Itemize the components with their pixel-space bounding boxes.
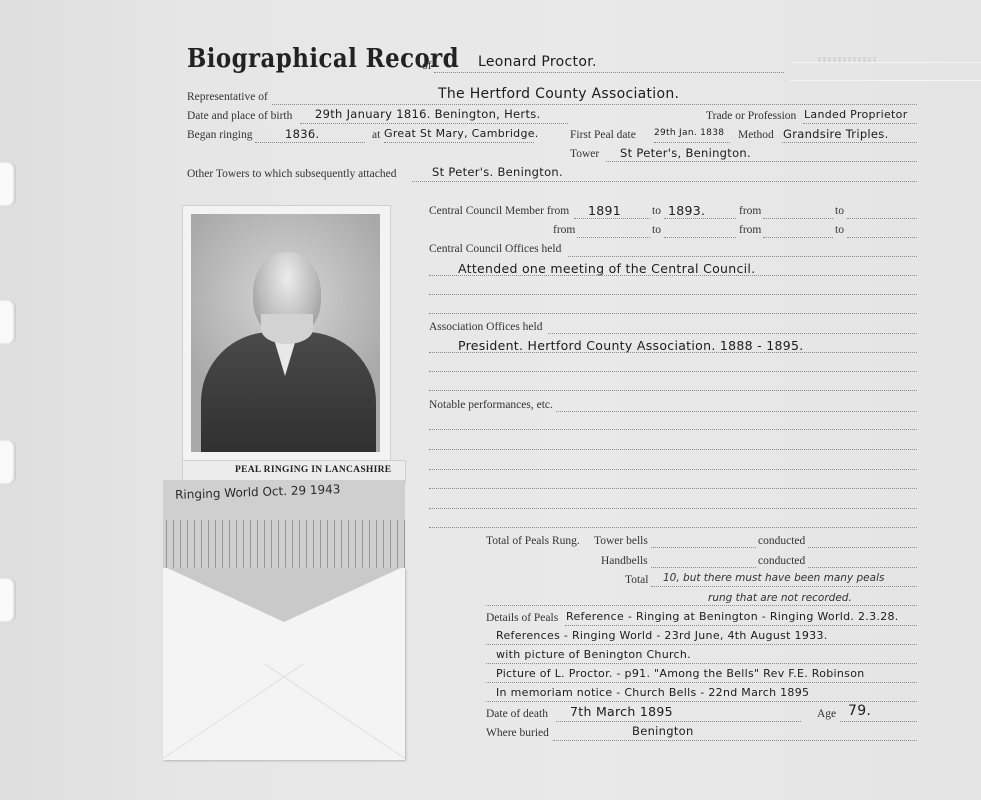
details-line: Reference - Ringing at Benington - Ringi… (566, 610, 899, 623)
cc-from-label: from (739, 205, 761, 217)
birth-value: 29th January 1816. Benington, Herts. (315, 107, 541, 121)
dotted-line (565, 625, 917, 626)
began-ringing-year: 1836. (285, 127, 319, 141)
envelope (163, 568, 405, 760)
dotted-line (486, 663, 917, 664)
dotted-line (429, 429, 917, 430)
tower-label: Tower (570, 148, 599, 160)
portrait-beard (261, 314, 313, 344)
cc-from-label: from (739, 224, 761, 236)
dotted-line (429, 313, 917, 314)
handbells-conducted-label: conducted (758, 555, 805, 567)
cc-offices-value: Attended one meeting of the Central Coun… (458, 261, 755, 276)
other-towers-label: Other Towers to which subsequently attac… (187, 168, 396, 180)
method-label: Method (738, 129, 774, 141)
dotted-line (300, 123, 568, 124)
dotted-line (429, 390, 917, 391)
subject-name: Leonard Proctor. (478, 54, 597, 70)
dotted-line (429, 275, 917, 276)
details-line: with picture of Benington Church. (496, 648, 691, 661)
clipping-headline: PEAL RINGING IN LANCASHIRE (235, 465, 391, 475)
tower-value: St Peter's, Benington. (620, 146, 751, 160)
birth-label: Date and place of birth (187, 110, 292, 122)
dotted-line (840, 721, 917, 722)
dotted-line (429, 527, 917, 528)
dotted-line (429, 449, 917, 450)
dotted-line (486, 682, 917, 683)
details-line: In memoriam notice - Church Bells - 22nd… (496, 686, 809, 699)
dotted-line (255, 142, 365, 143)
details-line: Picture of L. Proctor. - p91. "Among the… (496, 667, 865, 680)
dotted-line (574, 218, 650, 219)
dotted-line (577, 237, 650, 238)
cc-to-label: to (835, 205, 844, 217)
dotted-line (556, 721, 801, 722)
dotted-line (664, 237, 736, 238)
method-value: Grandsire Triples. (783, 127, 889, 141)
dotted-line (429, 294, 917, 295)
date-of-death-value: 7th March 1895 (570, 704, 673, 719)
paper-edge-line (790, 62, 981, 63)
envelope-fold (264, 663, 405, 759)
dotted-line (556, 411, 917, 412)
dotted-line (486, 644, 917, 645)
tower-bells-label: Tower bells (594, 535, 648, 547)
dotted-line (763, 237, 833, 238)
portrait-image (191, 214, 380, 452)
dotted-line (847, 237, 917, 238)
binder-hole (0, 162, 16, 206)
other-towers-value: St Peter's. Benington. (432, 165, 563, 179)
cc-member-from: 1891 (588, 203, 621, 218)
portrait-photo (182, 205, 391, 462)
total-value-line1: 10, but there must have been many peals (663, 572, 884, 584)
began-ringing-label: Began ringing (187, 129, 252, 141)
first-peal-label: First Peal date (570, 129, 636, 141)
dotted-line (651, 547, 756, 548)
dotted-line (553, 740, 917, 741)
date-of-death-label: Date of death (486, 708, 548, 720)
association-offices-value: President. Hertford County Association. … (458, 338, 804, 353)
dotted-line (651, 586, 917, 587)
cc-member-label: Central Council Member from (429, 205, 569, 217)
details-line: References - Ringing World - 23rd June, … (496, 629, 828, 642)
total-label: Total (625, 574, 648, 586)
envelope-flap (163, 568, 405, 622)
binder-hole (0, 300, 16, 344)
dotted-line (486, 605, 917, 606)
dotted-line (568, 256, 917, 257)
binder-hole (0, 578, 16, 622)
dotted-line (808, 567, 917, 568)
dotted-line (434, 72, 784, 73)
where-buried-label: Where buried (486, 727, 549, 739)
representative-label: Representative of (187, 91, 268, 103)
representative-value: The Hertford County Association. (438, 86, 679, 102)
age-value: 79. (848, 703, 871, 719)
where-buried-value: Benington (632, 724, 694, 738)
dotted-line (429, 352, 917, 353)
total-peals-label: Total of Peals Rung. (486, 535, 580, 547)
began-ringing-place: Great St Mary, Cambridge. (384, 127, 539, 140)
dotted-line (272, 104, 917, 105)
dotted-line (808, 547, 917, 548)
binder-hole (0, 440, 16, 484)
dotted-line (384, 142, 534, 143)
dotted-line (782, 142, 917, 143)
dotted-line (486, 701, 917, 702)
tower-bells-conducted-label: conducted (758, 535, 805, 547)
clipping-handwritten-note: Ringing World Oct. 29 1943 (175, 482, 341, 502)
dotted-line (606, 161, 917, 162)
trade-label: Trade or Profession (706, 110, 796, 122)
dotted-line (429, 371, 917, 372)
first-peal-value: 29th Jan. 1838 (654, 128, 724, 138)
document-title: Biographical Record (187, 44, 459, 74)
cc-to-label: to (835, 224, 844, 236)
details-of-peals-label: Details of Peals (486, 612, 558, 624)
paper-edge-line (790, 80, 981, 81)
cc-to-label: to (652, 205, 661, 217)
notable-performances-label: Notable performances, etc. (429, 399, 553, 411)
cc-from-label: from (553, 224, 575, 236)
dotted-line (412, 181, 917, 182)
title-of-label: of (422, 60, 432, 72)
total-value-line2: rung that are not recorded. (708, 592, 852, 604)
dotted-line (548, 333, 917, 334)
dotted-line (429, 469, 917, 470)
cc-member-to: 1893. (668, 203, 705, 218)
began-ringing-at-label: at (372, 129, 380, 141)
association-offices-label: Association Offices held (429, 321, 542, 333)
dotted-line (763, 218, 833, 219)
dotted-line (654, 142, 730, 143)
dotted-line (651, 567, 756, 568)
dotted-line (429, 488, 917, 489)
dotted-line (664, 218, 736, 219)
dotted-line (847, 218, 917, 219)
dotted-line (429, 508, 917, 509)
cc-offices-label: Central Council Offices held (429, 243, 561, 255)
trade-value: Landed Proprietor (804, 108, 908, 121)
show-through-text (818, 57, 878, 62)
cc-to-label: to (652, 224, 661, 236)
age-label: Age (817, 708, 836, 720)
dotted-line (803, 123, 917, 124)
handbells-label: Handbells (601, 555, 648, 567)
